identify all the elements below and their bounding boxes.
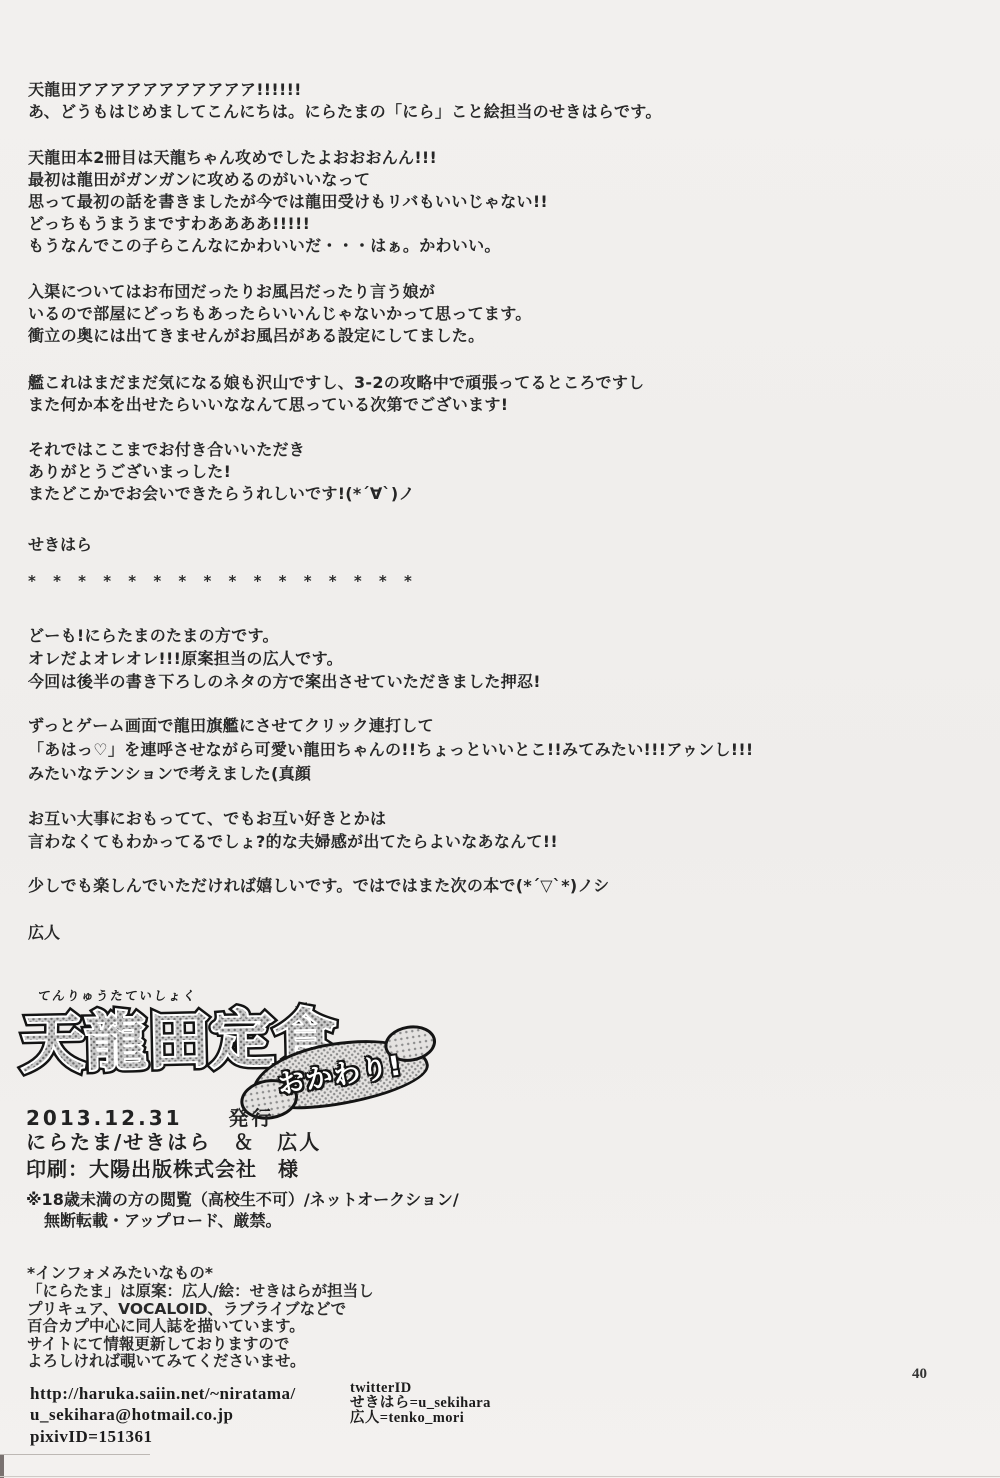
sekihara-greeting-paragraph: 天龍田アアアアアアアアアアア!!!!!! あ、どうもはじめましてこんにちは。にら… <box>28 79 662 123</box>
twitter-header: twitterID <box>350 1381 491 1396</box>
text-line: 今回は後半の書き下ろしのネタの方で案出させていただきました押忍! <box>28 670 541 693</box>
text-line: お互い大事におもってて、でもお互い好きとかは <box>28 807 558 830</box>
text-line: オレだよオレオレ!!!原案担当の広人です。 <box>28 647 541 670</box>
text-line: 少しでも楽しんでいただければ嬉しいです。ではではまた次の本で(*´▽`*)ノシ <box>28 875 609 897</box>
sekihara-signature: せきはら <box>28 532 92 555</box>
text-line: 艦これはまだまだ気になる娘も沢山ですし、3-2の攻略中で頑張ってるところですし <box>28 372 644 394</box>
okawari-badge-label: おかわり! <box>276 1050 405 1100</box>
info-header: *インフォメみたいなもの* <box>27 1261 213 1283</box>
info-line: サイトにて情報更新しておりますので <box>27 1336 374 1354</box>
hiroto-game-paragraph: ずっとゲーム画面で龍田旗艦にさせてクリック連打して 「あはっ♡」を連呼させながら… <box>28 714 754 786</box>
circle-info-block: 「にらたま」は原案：広人/絵：せきはらが担当し プリキュア、VOCALOID、ラ… <box>27 1283 374 1371</box>
text-line: あ、どうもはじめましてこんにちは。にらたまの「にら」こと絵担当のせきはらです。 <box>28 101 662 123</box>
scan-bottom-line <box>0 1476 1000 1477</box>
text-line: また何か本を出せたらいいななんて思っている次第でございます! <box>28 394 644 416</box>
sekihara-kancolle-paragraph: 艦これはまだまだ気になる娘も沢山ですし、3-2の攻略中で頑張ってるところですし … <box>28 372 644 416</box>
circle-credits-line: にらたま/せきはら ＆ 広人 <box>26 1126 321 1155</box>
notice-line: ※18歳未満の方の閲覧（高校生不可）/ネットオークション/ <box>26 1189 459 1210</box>
scan-edge-artifact <box>0 1455 4 1478</box>
printer-credit-line: 印刷：大陽出版株式会社 様 <box>26 1153 299 1182</box>
info-line: 百合カプ中心に同人誌を描いています。 <box>27 1318 374 1336</box>
info-line: よろしければ覗いてみてくださいませ。 <box>27 1353 374 1371</box>
asterisk-divider: * * * * * * * * * * * * * * * * <box>28 572 418 590</box>
text-line: 言わなくてもわかってるでしょ?的な夫婦感が出てたらよいなあなんて!! <box>28 830 558 853</box>
info-line: プリキュア、VOCALOID、ラブライブなどで <box>27 1301 374 1319</box>
text-line: ありがとうございまっした! <box>28 461 415 483</box>
pixiv-id: pixivID=151361 <box>30 1427 296 1448</box>
text-line: 入渠についてはお布団だったりお風呂だったり言う娘が <box>28 281 532 303</box>
text-line: みたいなテンションで考えました(真顔 <box>28 762 754 786</box>
text-line: 最初は龍田がガンガンに攻めるのがいいなって <box>28 169 548 191</box>
text-line: いるので部屋にどっちもあったらいいんじゃないかって思ってます。 <box>28 303 532 325</box>
text-line: 天龍田アアアアアアアアアアア!!!!!! <box>28 79 662 101</box>
text-line: それではここまでお付き合いいただき <box>28 439 415 461</box>
notice-line: 無断転載・アップロード、厳禁。 <box>26 1210 459 1231</box>
hiroto-greeting-paragraph: どーも!にらたまのたまの方です。 オレだよオレオレ!!!原案担当の広人です。 今… <box>28 624 541 693</box>
hiroto-closing-line: 少しでも楽しんでいただければ嬉しいです。ではではまた次の本で(*´▽`*)ノシ <box>28 875 609 897</box>
sekihara-thanks-paragraph: それではここまでお付き合いいただき ありがとうございまっした! またどこかでお会… <box>28 439 415 505</box>
page-number: 40 <box>912 1366 927 1383</box>
scan-edge-line <box>0 1454 150 1455</box>
text-line: もうなんでこの子らこんなにかわいいだ・・・はぁ。かわいい。 <box>28 235 548 257</box>
hiroto-couple-paragraph: お互い大事におもってて、でもお互い好きとかは 言わなくてもわかってるでしょ?的な… <box>28 807 558 853</box>
text-line: またどこかでお会いできたらうれしいです!(*´∀`)ノ <box>28 483 415 505</box>
age-restriction-notice: ※18歳未満の方の閲覧（高校生不可）/ネットオークション/ 無断転載・アップロー… <box>26 1189 459 1231</box>
text-line: 「あはっ♡」を連呼させながら可愛い龍田ちゃんの!!ちょっといいとこ!!みてみたい… <box>28 738 754 762</box>
text-line: どっちもうまうまですわああああ!!!!! <box>28 213 548 235</box>
email-address: u_sekihara@hotmail.co.jp <box>30 1405 296 1426</box>
text-line: 思って最初の話を書きましたが今では龍田受けもリバもいいじゃない!! <box>28 191 548 213</box>
text-line: ずっとゲーム画面で龍田旗艦にさせてクリック連打して <box>28 714 754 738</box>
contact-block-left: http://haruka.saiin.net/~niratama/ u_sek… <box>30 1384 296 1448</box>
text-line: 天龍田本2冊目は天龍ちゃん攻めでしたよおおおんん!!! <box>28 147 548 169</box>
info-line: 「にらたま」は原案：広人/絵：せきはらが担当し <box>27 1283 374 1301</box>
sekihara-bath-paragraph: 入渠についてはお布団だったりお風呂だったり言う娘が いるので部屋にどっちもあった… <box>28 281 532 347</box>
hiroto-signature: 広人 <box>28 920 60 943</box>
website-url: http://haruka.saiin.net/~niratama/ <box>30 1384 296 1405</box>
twitter-id-hiroto: 広人=tenko_mori <box>350 1411 491 1426</box>
text-line: どーも!にらたまのたまの方です。 <box>28 624 541 647</box>
book-title-logo: てんりゅうたていしょく 天龍田定食 天龍田定食 天龍田定食 おかわり! <box>22 984 492 1114</box>
sekihara-book-paragraph: 天龍田本2冊目は天龍ちゃん攻めでしたよおおおんん!!! 最初は龍田がガンガンに攻… <box>28 147 548 257</box>
scanned-afterword-page: 天龍田アアアアアアアアアアア!!!!!! あ、どうもはじめましてこんにちは。にら… <box>0 0 1000 1478</box>
contact-block-twitter: twitterID せきはら=u_sekihara 広人=tenko_mori <box>350 1381 491 1427</box>
text-line: 衝立の奥には出てきませんがお風呂がある設定にしてました。 <box>28 325 532 347</box>
